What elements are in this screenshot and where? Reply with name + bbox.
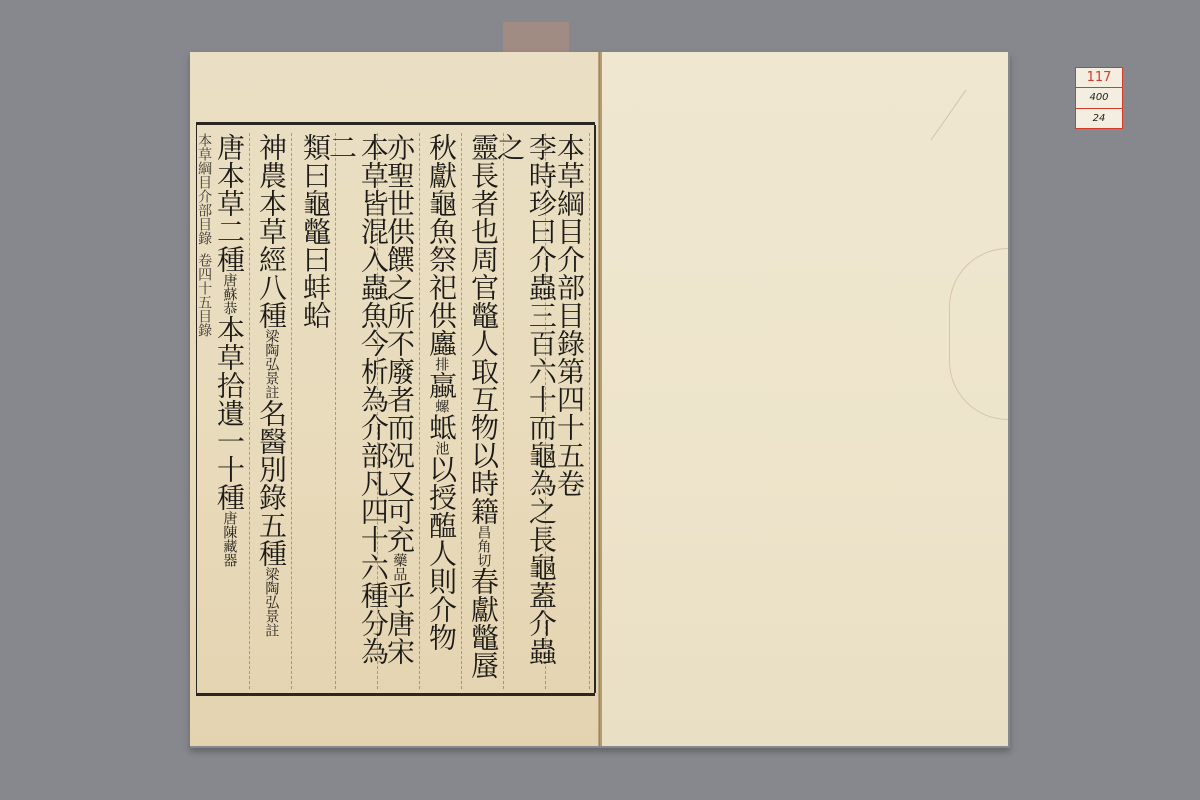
column-text: 靈長者也周官鼈人取互物以時籍 [467,133,499,525]
text-column-6: 類曰龜鼈曰蚌蛤 [295,133,336,689]
text-column-8: 唐本草二種 唐蘇恭 本草拾遺一十種 唐陳藏器 [209,133,250,689]
frame-rule [594,125,596,693]
column-text: 蚳 [425,413,457,441]
text-frame: 本草綱目介部目錄第四十五卷 李時珍曰介蟲三百六十而龜為之長龜蓋介蟲之 靈長者也周… [196,122,595,696]
column-text: 蠃 [425,371,457,399]
annotation-note: 昌角切 [476,525,491,567]
annotation-note: 梁陶弘景註 [264,567,279,637]
column-text: 類曰龜鼈曰蚌蛤 [299,133,331,329]
annotation-note: 螺 [434,399,449,413]
column-text: 本草拾遺一十種 [213,315,245,511]
annotation-note: 梁陶弘景註 [264,329,279,399]
column-text: 秋獻龜魚祭祀供蠯 [425,133,457,357]
label-number: 117 [1076,68,1122,88]
edge-gutter-text: 本草綱目介部目錄 卷四十五目錄 [195,133,213,689]
gutter-text: 本草綱目介部目錄 [195,133,213,245]
label-line-2: 400 [1076,88,1122,108]
text-column-5: 本草皆混入蟲魚今析為介部凡四十六種分為二 [337,133,378,689]
column-text: 名醫別錄五種 [255,399,287,567]
column-text: 春獻鼈蜃 [467,567,499,679]
water-stain [949,248,1008,420]
column-text: 唐本草二種 [213,133,245,273]
text-column-3: 秋獻龜魚祭祀供蠯 排 蠃 螺 蚳 池 以授醢人則介物 [421,133,462,689]
text-column-7: 神農本草經八種 梁陶弘景註 名醫別錄五種 梁陶弘景註 [251,133,292,689]
text-column-1: 李時珍曰介蟲三百六十而龜為之長龜蓋介蟲之 [505,133,546,689]
catalog-label: 117 400 24 [1075,67,1123,129]
label-line-3: 24 [1076,109,1122,128]
column-text: 以授醢人則介物 [425,455,457,651]
text-column-2: 靈長者也周官鼈人取互物以時籍 昌角切 春獻鼈蜃 [463,133,504,689]
annotation-note: 唐蘇恭 [222,273,237,315]
left-page: 本草綱目介部目錄第四十五卷 李時珍曰介蟲三百六十而龜為之長龜蓋介蟲之 靈長者也周… [190,52,599,746]
annotation-note: 排 [434,357,449,371]
annotation-note: 池 [434,441,449,455]
column-text: 神農本草經八種 [255,133,287,329]
annotation-note: 唐陳藏器 [222,511,237,567]
annotation-note: 藥品 [392,553,407,581]
gutter-text: 卷四十五目錄 [195,253,213,337]
open-book: 本草綱目介部目錄第四十五卷 李時珍曰介蟲三百六十而龜為之長龜蓋介蟲之 靈長者也周… [190,52,1010,748]
pencil-mark [930,90,1010,140]
right-page-blank: 117 400 24 [600,52,1008,746]
